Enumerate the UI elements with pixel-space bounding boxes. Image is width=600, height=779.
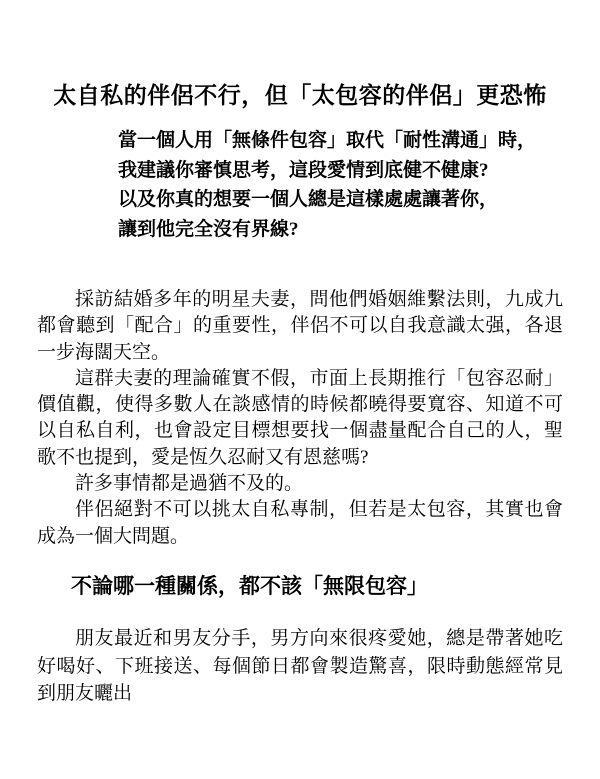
quote-line: 讓到他完全沒有界線? bbox=[118, 215, 538, 245]
quote-line: 我建議你審慎思考，這段愛情到底健不健康? bbox=[118, 156, 538, 186]
document-page: 太自私的伴侶不行，但「太包容的伴侶」更恐怖 當一個人用「無條件包容」取代「耐性溝… bbox=[0, 0, 600, 779]
paragraph: 採訪結婚多年的明星夫妻，問他們婚姻維繫法則，九成九都會聽到「配合」的重要性，伴侶… bbox=[37, 287, 563, 366]
article-section-2: 朋友最近和男友分手，男方向來很疼愛她，總是帶著她吃好喝好、下班接送、每個節日都會… bbox=[37, 625, 563, 708]
paragraph: 這群夫妻的理論確實不假，市面上長期推行「包容忍耐」價值觀，使得多數人在談感情的時… bbox=[37, 366, 563, 471]
quote-line: 當一個人用「無條件包容」取代「耐性溝通」時， bbox=[118, 126, 538, 156]
paragraph: 許多事情都是過猶不及的。 bbox=[37, 471, 563, 497]
pull-quote: 當一個人用「無條件包容」取代「耐性溝通」時， 我建議你審慎思考，這段愛情到底健不… bbox=[118, 126, 538, 244]
paragraph: 朋友最近和男友分手，男方向來很疼愛她，總是帶著她吃好喝好、下班接送、每個節日都會… bbox=[37, 625, 563, 708]
paragraph: 伴侶絕對不可以挑太自私專制，但若是太包容，其實也會成為一個大問題。 bbox=[37, 497, 563, 550]
article-section-1: 採訪結婚多年的明星夫妻，問他們婚姻維繫法則，九成九都會聽到「配合」的重要性，伴侶… bbox=[37, 287, 563, 550]
quote-line: 以及你真的想要一個人總是這樣處處讓著你， bbox=[118, 185, 538, 215]
section-heading: 不論哪一種關係，都不該「無限包容」 bbox=[71, 572, 428, 600]
article-title: 太自私的伴侶不行，但「太包容的伴侶」更恐怖 bbox=[0, 81, 600, 111]
